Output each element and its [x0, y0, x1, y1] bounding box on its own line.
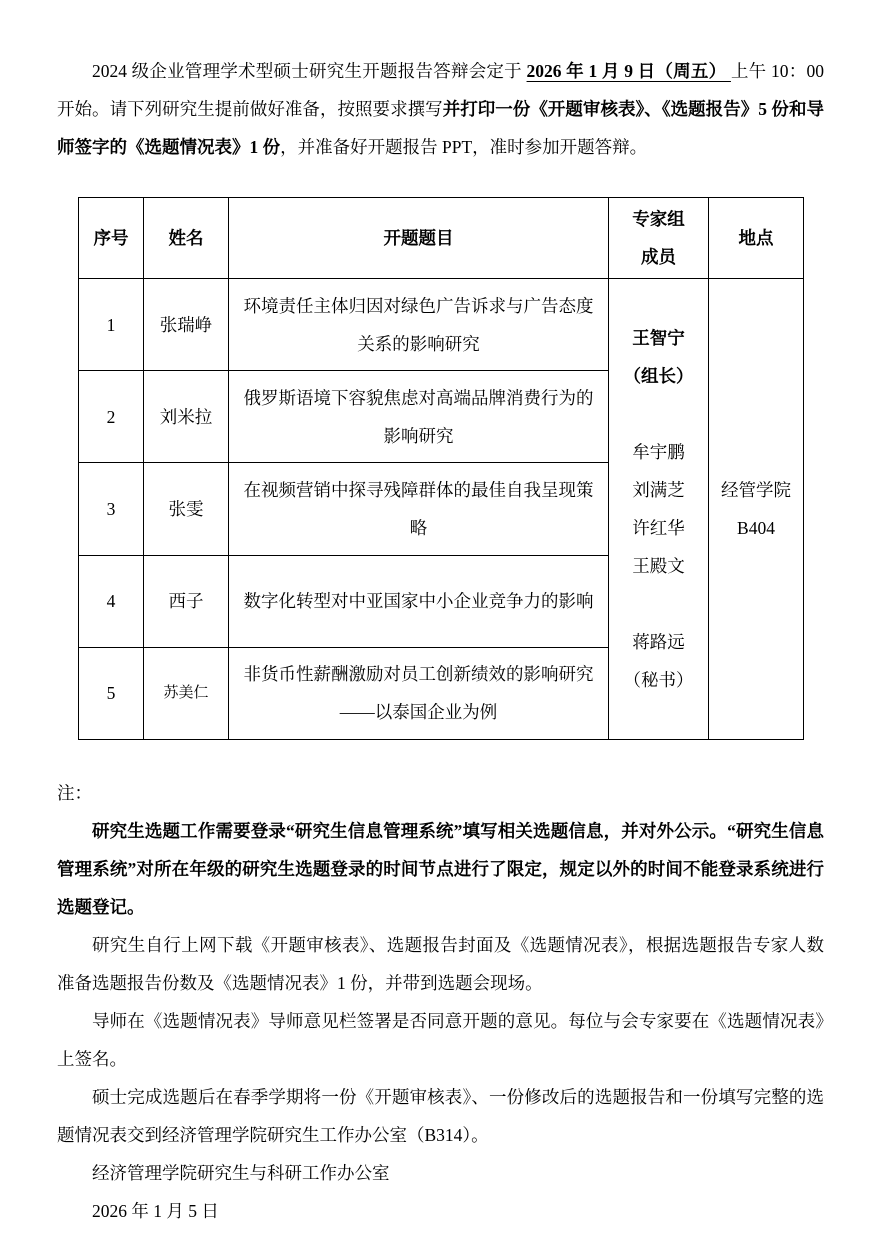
notice-intro-paragraph: 2024 级企业管理学术型硕士研究生开题报告答辩会定于 2026 年 1 月 9…: [57, 52, 824, 166]
table-header-row: 序号 姓名 开题题目 专家组 成员 地点: [79, 198, 804, 279]
header-experts: 专家组 成员: [609, 198, 709, 279]
table-row: 1 张瑞峥 环境责任主体归因对绿色广告诉求与广告态度 关系的影响研究 王智宁 （…: [79, 279, 804, 371]
header-name: 姓名: [144, 198, 229, 279]
cell-name: 刘米拉: [144, 371, 229, 463]
cell-topic: 环境责任主体归因对绿色广告诉求与广告态度 关系的影响研究: [229, 279, 609, 371]
note-advisor: 导师在《选题情况表》导师意见栏签署是否同意开题的意见。每位与会专家要在《选题情况…: [57, 1002, 824, 1078]
signature-office: 经济管理学院研究生与科研工作办公室: [57, 1154, 824, 1192]
cell-no: 5: [79, 647, 144, 739]
cell-topic: 数字化转型对中亚国家中小企业竞争力的影响: [229, 555, 609, 647]
cell-name: 苏美仁: [144, 647, 229, 739]
intro-text-end: ，并准备好开题报告 PPT，准时参加开题答辩。: [280, 137, 647, 157]
cell-no: 3: [79, 463, 144, 555]
defense-schedule-table: 序号 姓名 开题题目 专家组 成员 地点 1 张瑞峥 环境责任主体归因对绿色广告…: [78, 197, 804, 740]
cell-name: 张瑞峥: [144, 279, 229, 371]
note-download: 研究生自行上网下载《开题审核表》、选题报告封面及《选题情况表》，根据选题报告专家…: [57, 926, 824, 1002]
location-cell: 经管学院 B404: [709, 279, 804, 740]
notes-label: 注：: [57, 774, 824, 812]
defense-date: 2026 年 1 月 9 日（周五）: [527, 61, 731, 81]
signature-date: 2026 年 1 月 5 日: [57, 1192, 824, 1230]
header-topic: 开题题目: [229, 198, 609, 279]
header-location: 地点: [709, 198, 804, 279]
cell-no: 1: [79, 279, 144, 371]
cell-name: 张雯: [144, 463, 229, 555]
expert-group-leader: 王智宁 （组长）: [613, 319, 704, 395]
note-submit: 硕士完成选题后在春季学期将一份《开题审核表》、一份修改后的选题报告和一份填写完整…: [57, 1078, 824, 1154]
cell-no: 2: [79, 371, 144, 463]
cell-topic: 非货币性薪酬激励对员工创新绩效的影响研究 ——以泰国企业为例: [229, 647, 609, 739]
experts-cell: 王智宁 （组长） 牟宇鹏 刘满芝 许红华 王殿文 蒋路远 （秘书）: [609, 279, 709, 740]
note-important: 研究生选题工作需要登录“研究生信息管理系统”填写相关选题信息，并对外公示。“研究…: [57, 812, 824, 926]
header-no: 序号: [79, 198, 144, 279]
cell-name: 西子: [144, 555, 229, 647]
notes-section: 注： 研究生选题工作需要登录“研究生信息管理系统”填写相关选题信息，并对外公示。…: [57, 774, 824, 1230]
cell-topic: 在视频营销中探寻残障群体的最佳自我呈现策 略: [229, 463, 609, 555]
expert-group-members: 牟宇鹏 刘满芝 许红华 王殿文 蒋路远 （秘书）: [613, 433, 704, 699]
intro-text-start: 2024 级企业管理学术型硕士研究生开题报告答辩会定于: [92, 61, 527, 81]
cell-topic: 俄罗斯语境下容貌焦虑对高端品牌消费行为的 影响研究: [229, 371, 609, 463]
notice-document: 2024 级企业管理学术型硕士研究生开题报告答辩会定于 2026 年 1 月 9…: [0, 0, 880, 1239]
cell-no: 4: [79, 555, 144, 647]
